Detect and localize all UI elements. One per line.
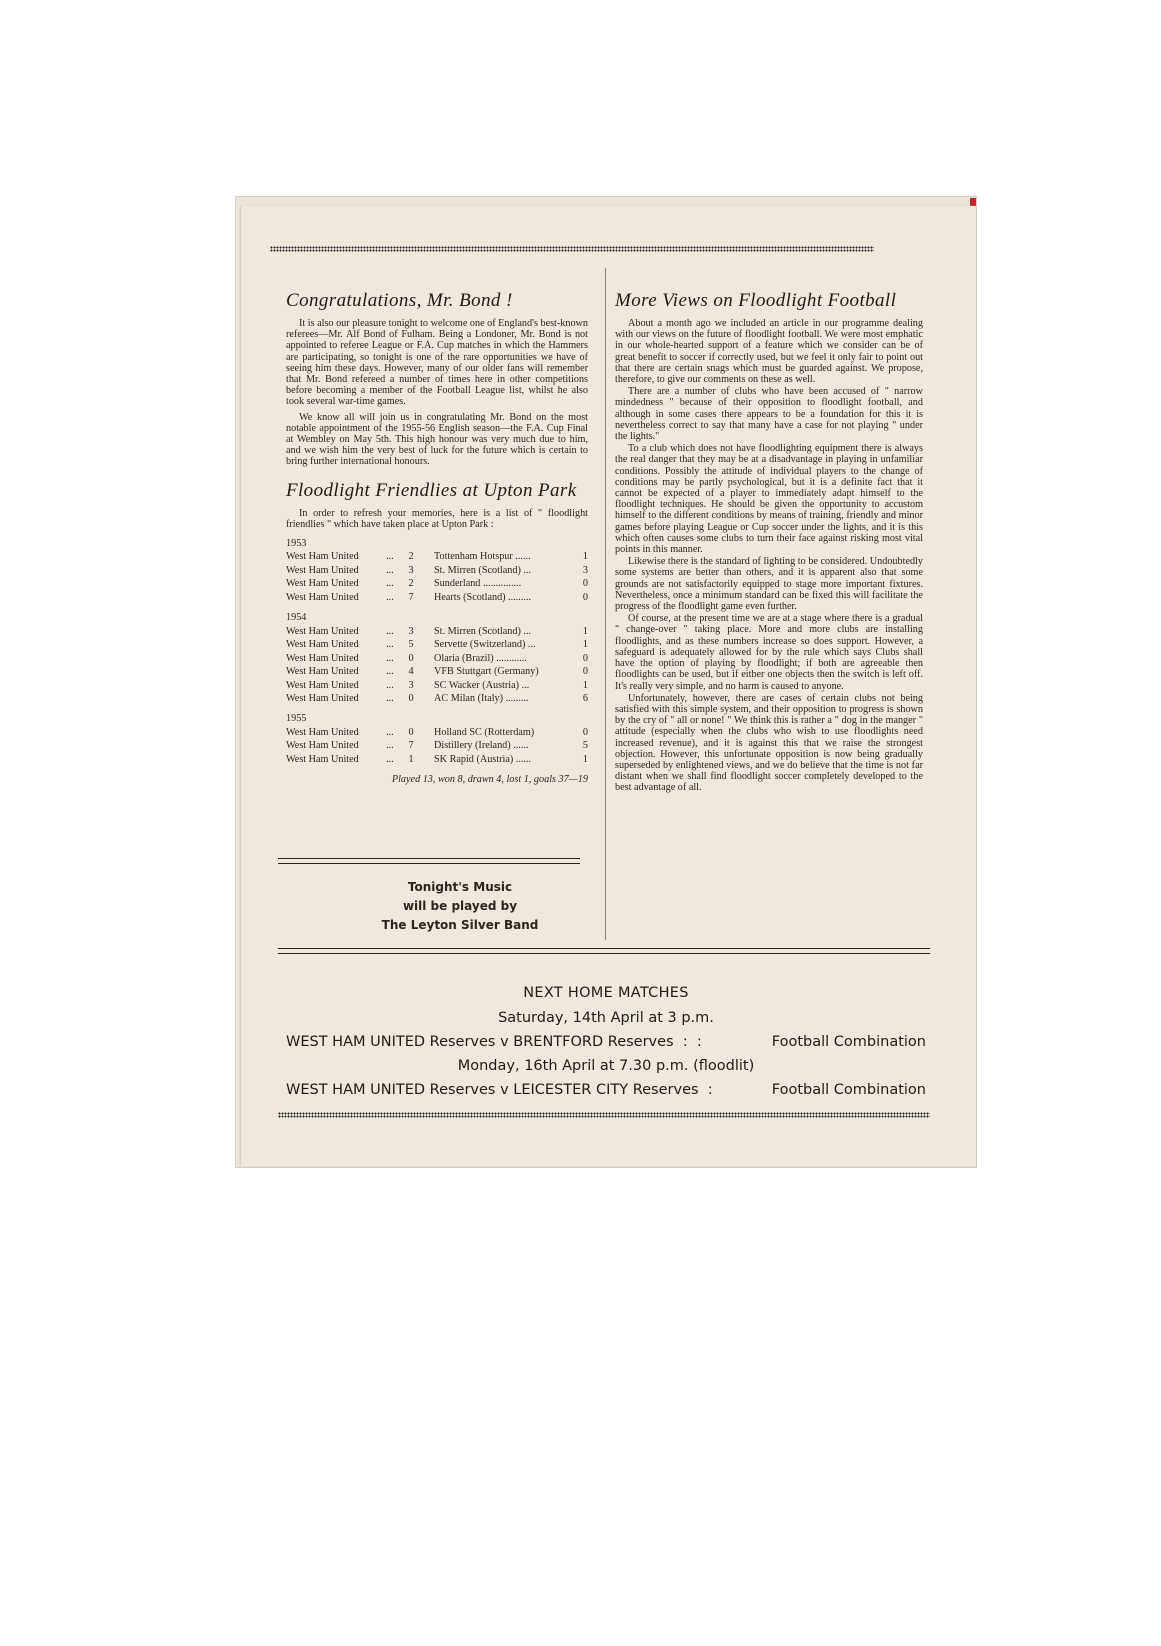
away-team: AC Milan (Italy) ......... bbox=[418, 692, 578, 706]
home-score: 0 bbox=[404, 651, 418, 665]
article-paragraph: Unfortunately, however, there are cases … bbox=[615, 693, 923, 794]
home-score: 3 bbox=[404, 624, 418, 638]
result-row: West Ham United...0Holland SC (Rotterdam… bbox=[286, 726, 588, 740]
away-score: 6 bbox=[578, 692, 588, 706]
dots: ... bbox=[386, 577, 404, 591]
music-line: will be played by bbox=[340, 897, 580, 916]
dots: ... bbox=[386, 651, 404, 665]
away-score: 1 bbox=[578, 638, 588, 652]
result-row: West Ham United...1SK Rapid (Austria) ..… bbox=[286, 753, 588, 767]
fixture-row: WEST HAM UNITED Reserves v LEICESTER CIT… bbox=[286, 1078, 926, 1102]
home-score: 3 bbox=[404, 678, 418, 692]
home-score: 4 bbox=[404, 665, 418, 679]
away-score: 0 bbox=[578, 591, 588, 605]
away-score: 0 bbox=[578, 651, 588, 665]
music-band: The Leyton Silver Band bbox=[340, 916, 580, 935]
away-team: Hearts (Scotland) ......... bbox=[418, 591, 578, 605]
next-home-matches: NEXT HOME MATCHES Saturday, 14th April a… bbox=[286, 980, 926, 1102]
results-summary: Played 13, won 8, drawn 4, lost 1, goals… bbox=[286, 774, 588, 785]
fixture-row: WEST HAM UNITED Reserves v BRENTFORD Res… bbox=[286, 1030, 926, 1054]
home-team: West Ham United bbox=[286, 591, 386, 605]
article-paragraph: Of course, at the present time we are at… bbox=[615, 613, 923, 691]
home-score: 7 bbox=[404, 591, 418, 605]
article-paragraph: There are a number of clubs who have bee… bbox=[615, 386, 923, 442]
music-line: Tonight's Music bbox=[340, 878, 580, 897]
result-row: West Ham United...0AC Milan (Italy) ....… bbox=[286, 692, 588, 706]
home-score: 5 bbox=[404, 638, 418, 652]
away-score: 0 bbox=[578, 726, 588, 740]
article-body: About a month ago we included an article… bbox=[615, 318, 923, 794]
home-team: West Ham United bbox=[286, 753, 386, 767]
home-team: West Ham United bbox=[286, 665, 386, 679]
home-score: 0 bbox=[404, 726, 418, 740]
away-score: 5 bbox=[578, 739, 588, 753]
away-team: Holland SC (Rotterdam) bbox=[418, 726, 578, 740]
article-title: More Views on Floodlight Football bbox=[615, 290, 923, 312]
music-rule bbox=[278, 858, 580, 864]
result-row: West Ham United...2Sunderland ..........… bbox=[286, 577, 588, 591]
home-team: West Ham United bbox=[286, 550, 386, 564]
away-team: Tottenham Hotspur ...... bbox=[418, 550, 578, 564]
results-table: West Ham United...2Tottenham Hotspur ...… bbox=[286, 550, 588, 604]
home-team: West Ham United bbox=[286, 624, 386, 638]
results-table: West Ham United...3St. Mirren (Scotland)… bbox=[286, 624, 588, 705]
away-team: St. Mirren (Scotland) ... bbox=[418, 624, 578, 638]
article-floodlight-friendlies: Floodlight Friendlies at Upton Park In o… bbox=[286, 480, 588, 786]
dots: ... bbox=[386, 591, 404, 605]
dots: ... bbox=[386, 638, 404, 652]
dots: ... bbox=[386, 665, 404, 679]
home-team: West Ham United bbox=[286, 638, 386, 652]
fixture-competition: Football Combination bbox=[772, 1078, 926, 1102]
bottom-dotted-rule bbox=[278, 1112, 930, 1118]
article-paragraph: We know all will join us in congratulati… bbox=[286, 412, 588, 468]
home-team: West Ham United bbox=[286, 564, 386, 578]
article-paragraph: Likewise there is the standard of lighti… bbox=[615, 556, 923, 612]
away-score: 1 bbox=[578, 550, 588, 564]
fixture-competition: Football Combination bbox=[772, 1030, 926, 1054]
home-score: 3 bbox=[404, 564, 418, 578]
result-row: West Ham United...0Olaria (Brazil) .....… bbox=[286, 651, 588, 665]
fixture-date: Saturday, 14th April at 3 p.m. bbox=[286, 1006, 926, 1030]
results-year: 1953 bbox=[286, 538, 588, 549]
article-title: Congratulations, Mr. Bond ! bbox=[286, 290, 588, 312]
column-divider bbox=[605, 268, 606, 940]
result-row: West Ham United...3St. Mirren (Scotland)… bbox=[286, 564, 588, 578]
footer-rule bbox=[278, 948, 930, 954]
article-paragraph: About a month ago we included an article… bbox=[615, 318, 923, 385]
article-intro: In order to refresh your memories, here … bbox=[286, 508, 588, 530]
dots: ... bbox=[386, 564, 404, 578]
home-team: West Ham United bbox=[286, 651, 386, 665]
dots: ... bbox=[386, 739, 404, 753]
away-score: 3 bbox=[578, 564, 588, 578]
home-score: 2 bbox=[404, 577, 418, 591]
away-team: Olaria (Brazil) ............ bbox=[418, 651, 578, 665]
away-score: 0 bbox=[578, 577, 588, 591]
left-column: Congratulations, Mr. Bond ! It is also o… bbox=[286, 290, 588, 785]
dots: ... bbox=[386, 550, 404, 564]
away-score: 0 bbox=[578, 665, 588, 679]
dots: ... bbox=[386, 726, 404, 740]
away-score: 1 bbox=[578, 753, 588, 767]
result-row: West Ham United...7Hearts (Scotland) ...… bbox=[286, 591, 588, 605]
results-list: 1953West Ham United...2Tottenham Hotspur… bbox=[286, 538, 588, 766]
article-title: Floodlight Friendlies at Upton Park bbox=[286, 480, 588, 502]
article-paragraph: It is also our pleasure tonight to welco… bbox=[286, 318, 588, 408]
fixture-date: Monday, 16th April at 7.30 p.m. (floodli… bbox=[286, 1054, 926, 1078]
dots: ... bbox=[386, 692, 404, 706]
away-score: 1 bbox=[578, 624, 588, 638]
home-team: West Ham United bbox=[286, 739, 386, 753]
home-team: West Ham United bbox=[286, 577, 386, 591]
home-team: West Ham United bbox=[286, 678, 386, 692]
article-paragraph: To a club which does not have floodlight… bbox=[615, 443, 923, 555]
home-score: 7 bbox=[404, 739, 418, 753]
result-row: West Ham United...7Distillery (Ireland) … bbox=[286, 739, 588, 753]
next-matches-title: NEXT HOME MATCHES bbox=[286, 980, 926, 1006]
article-congratulations: Congratulations, Mr. Bond ! It is also o… bbox=[286, 290, 588, 468]
away-team: Distillery (Ireland) ...... bbox=[418, 739, 578, 753]
dots: ... bbox=[386, 678, 404, 692]
right-column: More Views on Floodlight Football About … bbox=[615, 290, 923, 795]
away-team: St. Mirren (Scotland) ... bbox=[418, 564, 578, 578]
top-dotted-rule bbox=[270, 246, 874, 252]
result-row: West Ham United...3St. Mirren (Scotland)… bbox=[286, 624, 588, 638]
home-score: 2 bbox=[404, 550, 418, 564]
result-row: West Ham United...4VFB Stuttgart (German… bbox=[286, 665, 588, 679]
result-row: West Ham United...2Tottenham Hotspur ...… bbox=[286, 550, 588, 564]
away-team: SK Rapid (Austria) ...... bbox=[418, 753, 578, 767]
dots: ... bbox=[386, 753, 404, 767]
away-score: 1 bbox=[578, 678, 588, 692]
home-team: West Ham United bbox=[286, 726, 386, 740]
home-team: West Ham United bbox=[286, 692, 386, 706]
home-score: 0 bbox=[404, 692, 418, 706]
away-team: Servette (Switzerland) ... bbox=[418, 638, 578, 652]
results-table: West Ham United...0Holland SC (Rotterdam… bbox=[286, 726, 588, 767]
result-row: West Ham United...3SC Wacker (Austria) .… bbox=[286, 678, 588, 692]
result-row: West Ham United...5Servette (Switzerland… bbox=[286, 638, 588, 652]
fixture-teams: WEST HAM UNITED Reserves v LEICESTER CIT… bbox=[286, 1078, 713, 1102]
away-team: SC Wacker (Austria) ... bbox=[418, 678, 578, 692]
away-team: Sunderland ............... bbox=[418, 577, 578, 591]
results-year: 1955 bbox=[286, 713, 588, 724]
fixture-teams: WEST HAM UNITED Reserves v BRENTFORD Res… bbox=[286, 1030, 702, 1054]
home-score: 1 bbox=[404, 753, 418, 767]
dots: ... bbox=[386, 624, 404, 638]
music-notice: Tonight's Music will be played by The Le… bbox=[340, 878, 580, 935]
away-team: VFB Stuttgart (Germany) bbox=[418, 665, 578, 679]
results-year: 1954 bbox=[286, 612, 588, 623]
fixtures-list: Saturday, 14th April at 3 p.m.WEST HAM U… bbox=[286, 1006, 926, 1102]
